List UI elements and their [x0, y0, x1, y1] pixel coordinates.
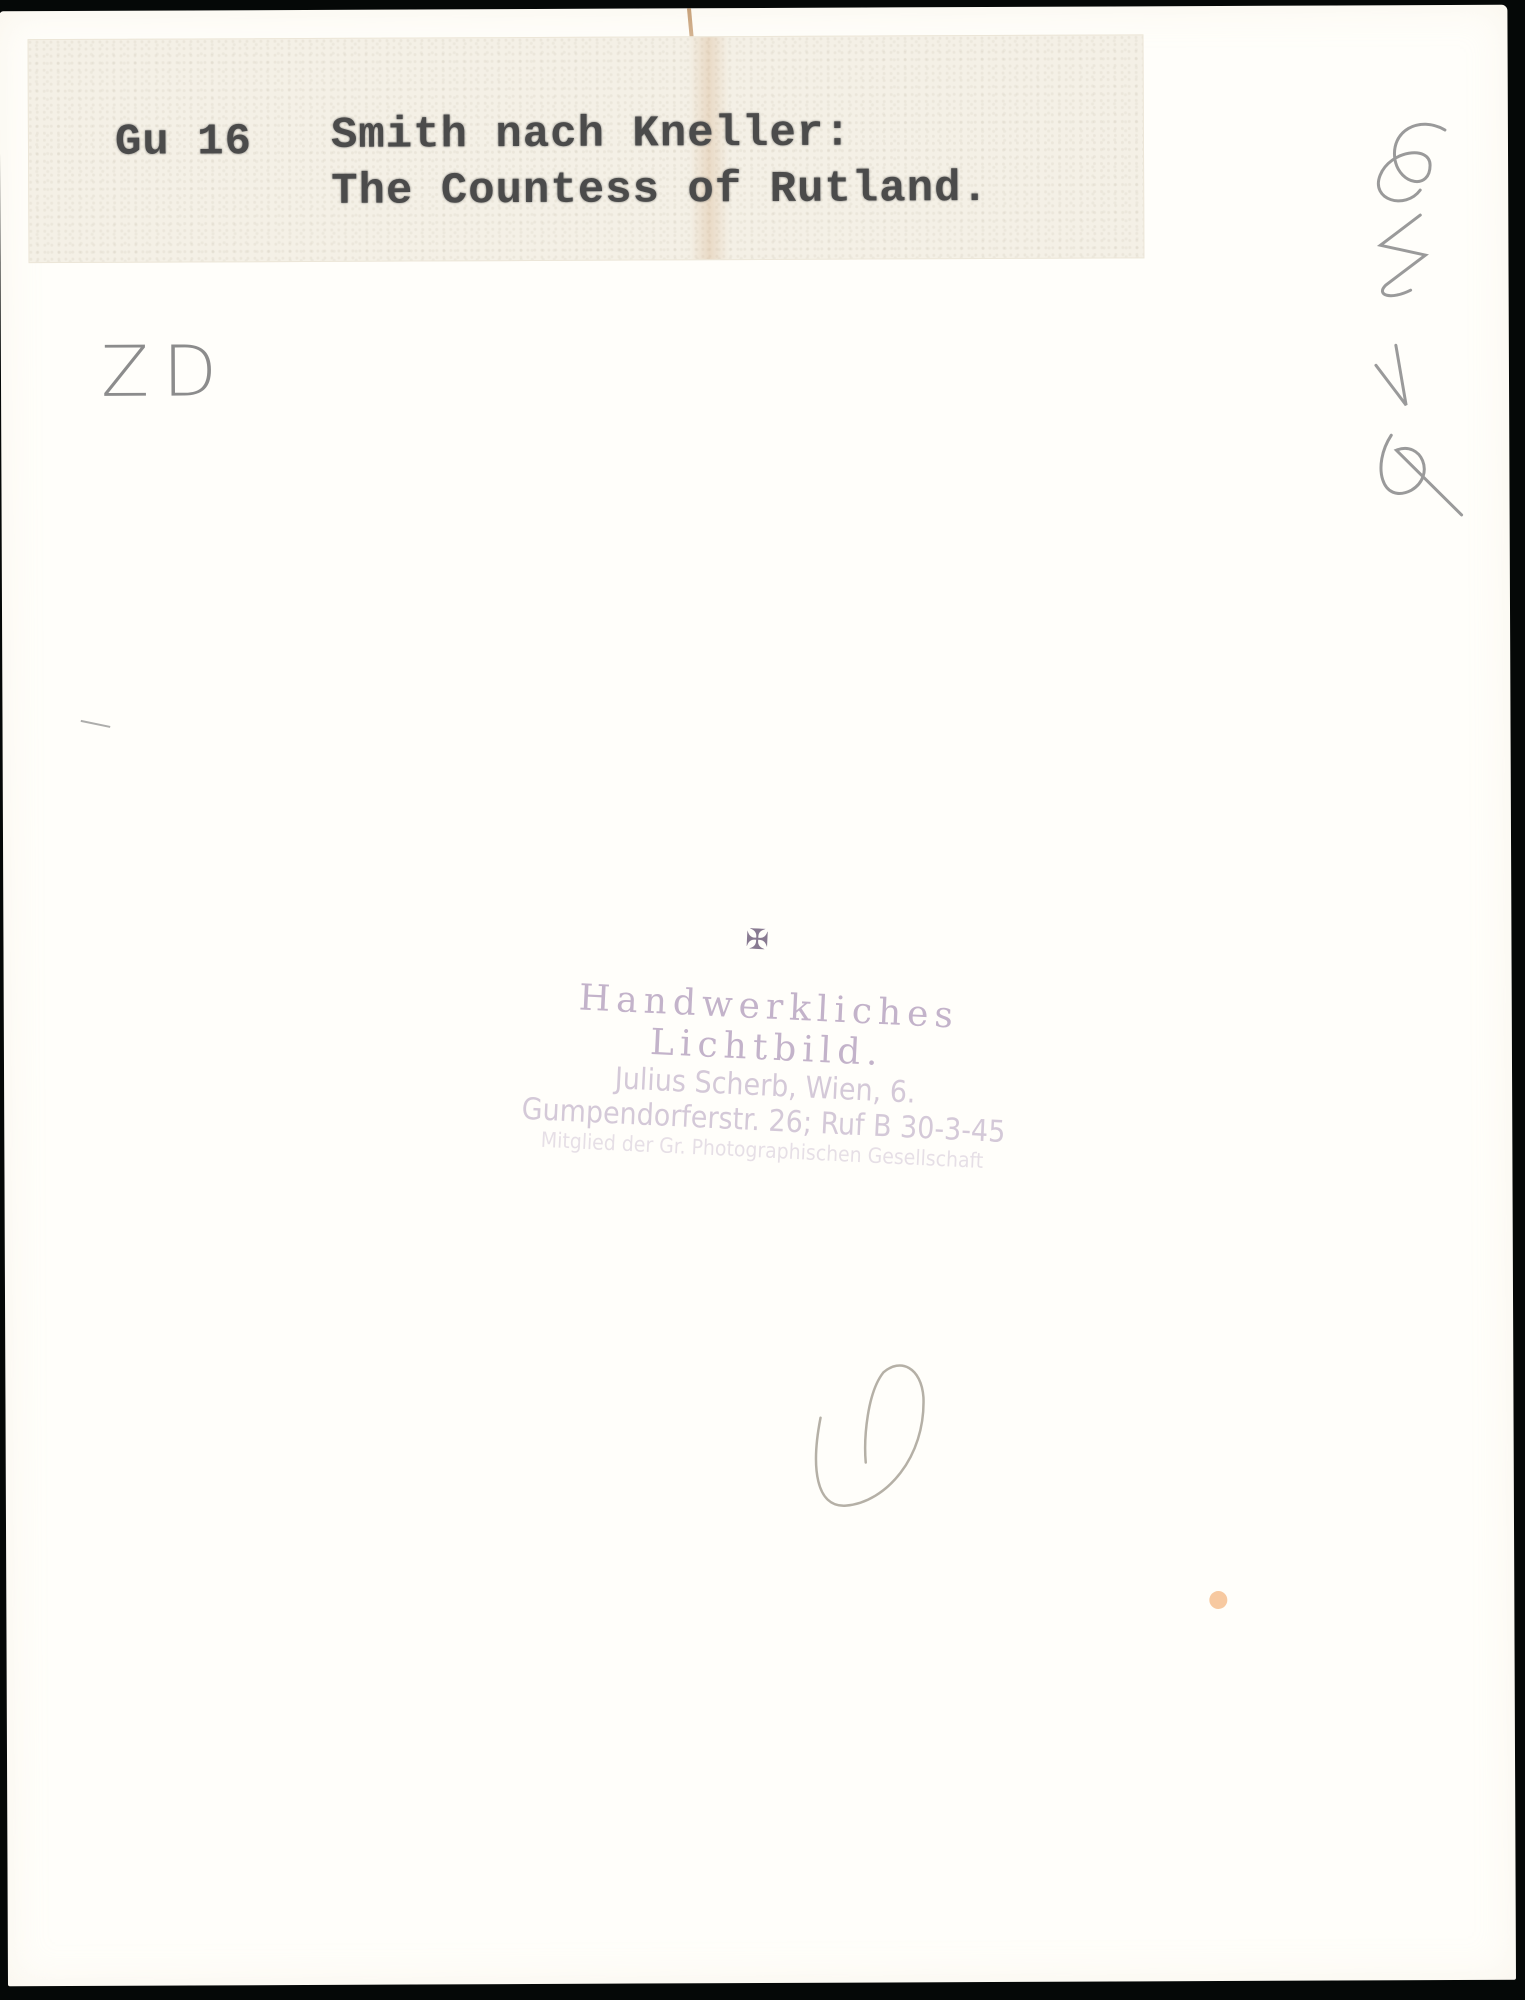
stamp-emblem-icon: ✠: [442, 908, 1073, 971]
catalog-code: Gu 16: [115, 117, 252, 168]
pencil-dash: [81, 720, 111, 728]
orange-stain: [1209, 1591, 1227, 1609]
photo-verso-sheet: Gu 16 Smith nach Kneller: The Countess o…: [0, 5, 1516, 1987]
typed-label: Gu 16 Smith nach Kneller: The Countess o…: [28, 34, 1145, 263]
pencil-loop-mark: [805, 1357, 946, 1528]
pencil-note-zd: ZD: [101, 330, 231, 413]
label-line-artist: Smith nach Kneller:: [331, 109, 852, 161]
pencil-note-vertical: [1350, 105, 1492, 526]
photographer-stamp: ✠ Handwerkliches Lichtbild. Julius Scher…: [462, 909, 1073, 1177]
label-line-title: The Countess of Rutland.: [331, 164, 989, 217]
